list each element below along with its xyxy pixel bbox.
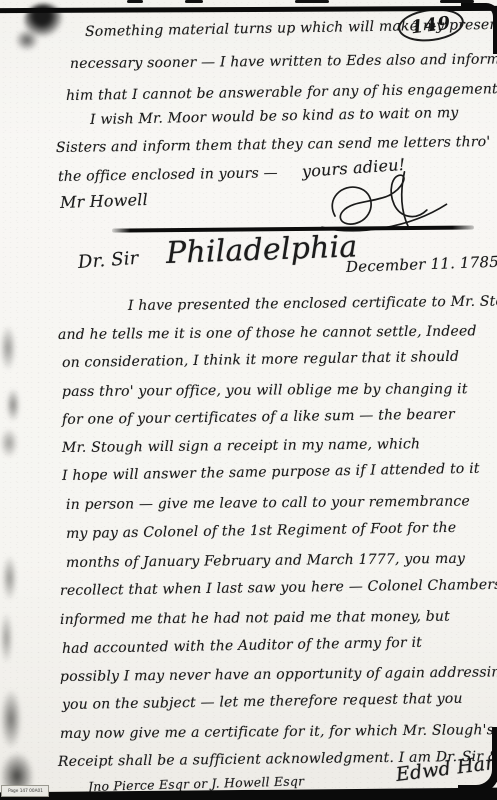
manuscript-line: had accounted with the Auditor of the ar… [62,635,422,657]
archive-label-text: Page 147 00A01 [8,788,43,793]
margin-stain [0,325,16,371]
scan-artifact [185,0,203,3]
manuscript-line: on consideration, I think it more regula… [62,349,459,371]
manuscript-line: necessary sooner — I have written to Ede… [70,51,497,72]
manuscript-line: may now give me a certificate for it, fo… [60,722,494,742]
ink-smudge [14,28,40,52]
letter-date: December 11. 1785. [346,252,497,276]
margin-stain [0,612,13,664]
manuscript-line: in person — give me leave to call to you… [66,493,470,513]
manuscript-line: Sisters and inform them that they can se… [56,134,491,156]
salutation: Dr. Sir [77,248,139,273]
margin-stain [0,688,22,750]
manuscript-line: you on the subject — let me therefore re… [62,691,463,713]
scan-artifact [295,0,329,3]
margin-stain [0,428,18,458]
manuscript-line: him that I cannot be answerable for any … [66,81,497,104]
manuscript-page: 149 Something material turns up which wi… [0,0,497,800]
scan-artifact [127,0,143,3]
manuscript-line: Mr. Stough will sign a receipt in my nam… [62,436,420,456]
margin-stain [6,388,20,422]
manuscript-line: and he tells me it is one of those he ca… [58,323,477,343]
manuscript-line: pass thro' your office, you will oblige … [62,381,468,400]
bottom-right-corner [458,727,497,794]
manuscript-line: my pay as Colonel of the 1st Regiment of… [66,520,457,542]
top-right-corner [461,3,497,54]
manuscript-line: I have presented the enclosed certificat… [128,293,497,314]
page-number: 149 [410,12,453,38]
margin-stain [2,555,17,601]
manuscript-line: informed me that he had not paid me that… [60,609,450,628]
manuscript-line: the office enclosed in yours — [58,165,278,185]
manuscript-line: for one of your certificates of a like s… [62,407,455,428]
manuscript-line: I hope will answer the same purpose as i… [62,461,480,484]
archive-label: Page 147 00A01 [1,785,49,797]
manuscript-line: months of January February and March 177… [66,551,465,571]
letter-place: Philadelphia [165,229,358,271]
manuscript-line: recollect that when I last saw you here … [60,577,497,599]
bottom-band [0,788,497,800]
manuscript-line: possibly I may never have an opportunity… [60,664,497,685]
manuscript-line: I wish Mr. Moor would be so kind as to w… [90,105,459,128]
addressee-line: Mr Howell [60,190,149,212]
